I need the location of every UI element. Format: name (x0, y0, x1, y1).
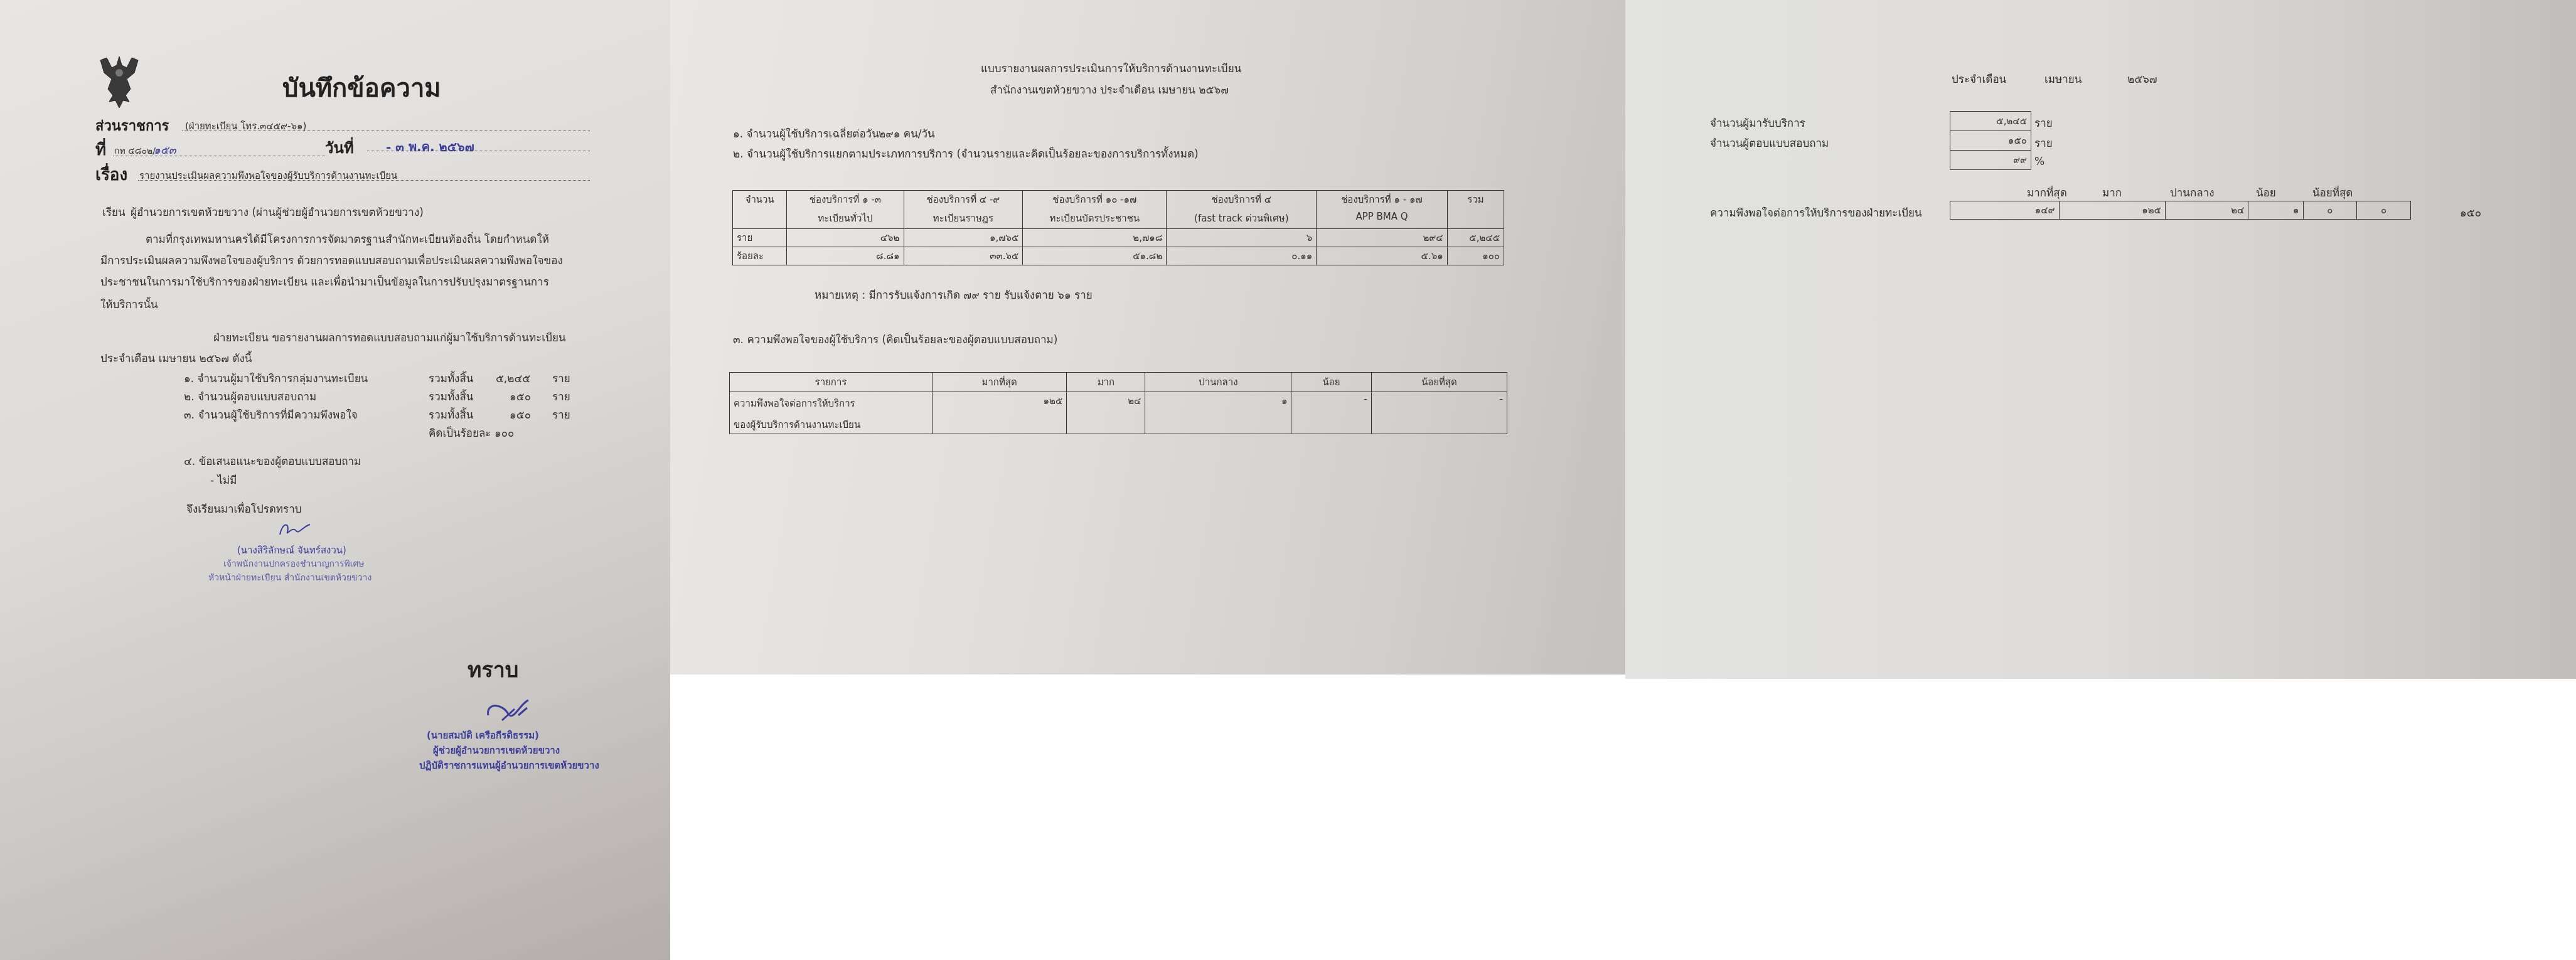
summary-sat-cell: ๑๔๙ (1950, 201, 2060, 220)
section1-label: ๑. จำนวนผู้ใช้บริการเฉลี่ยต่อวัน (733, 125, 879, 142)
date-value: - ๓ พ.ค. ๒๕๖๗ (386, 137, 474, 157)
summary-sat-header: น้อย (2256, 184, 2276, 201)
signer2-name: (นายสมบัติ เครือกีรติธรรม) (427, 728, 539, 743)
to-label: เรียน (102, 204, 126, 221)
table1-cell: ๔๖๒ (787, 229, 904, 247)
date-label: วันที่ (325, 136, 354, 160)
summary-row1-unit: ราย (2034, 115, 2053, 132)
signer1-position1: เจ้าพนักงานปกครองชำนาญการพิเศษ (223, 557, 365, 571)
agency-value: (ฝ่ายทะเบียน โทร.๓๔๕๙-๖๑) (185, 119, 306, 134)
header-line1: รวม (1451, 192, 1500, 207)
table1-header-cell: ช่องบริการที่ ๑ -๓ทะเบียนทั่วไป (787, 191, 904, 229)
summary-row2-value: ๑๕๐ (1950, 131, 2031, 151)
section1-value: ๒๙๑ คน/วัน (879, 125, 935, 142)
summary-row2-label: จำนวนผู้ตอบแบบสอบถาม (1710, 135, 1829, 152)
table1-cell: ๓๓.๖๕ (904, 247, 1023, 265)
agency-label: ส่วนราชการ (95, 115, 169, 137)
table2-header-cell: น้อย (1291, 373, 1371, 392)
summary-sat-header: น้อยที่สุด (2312, 184, 2353, 201)
item2-label: ๒. จำนวนผู้ตอบแบบสอบถาม (184, 388, 316, 405)
para1-line4: ให้บริการนั้น (100, 296, 158, 313)
item3-total-label: รวมทั้งสิ้น (429, 407, 473, 424)
para1-line3: ประชาชนในการมาใช้บริการของฝ่ายทะเบียน แล… (100, 274, 549, 291)
period-year: ๒๕๖๗ (2127, 71, 2157, 88)
table1-header-cell: ช่องบริการที่ ๔ -๙ทะเบียนราษฎร (904, 191, 1023, 229)
summary-row1-value: ๕,๒๔๕ (1950, 112, 2031, 131)
table1-cell: ๑๐๐ (1447, 247, 1504, 265)
table2-header-cell: รายการ (730, 373, 933, 392)
suggest-label: ๔. ข้อเสนอแนะของผู้ตอบแบบสอบถาม (184, 453, 361, 470)
closing-text: จึงเรียนมาเพื่อโปรดทราบ (186, 501, 302, 518)
table1-cell: ๕.๖๑ (1317, 247, 1447, 265)
summary-sat-header: มาก (2102, 184, 2122, 201)
para2-line1: ฝ่ายทะเบียน ขอรายงานผลการทอดแบบสอบถามแก่… (213, 329, 566, 346)
suggest-value: - ไม่มี (210, 472, 237, 489)
table2-header-cell: มากที่สุด (933, 373, 1067, 392)
period-month: เมษายน (2044, 71, 2082, 88)
summary-sat-header: ปานกลาง (2170, 184, 2215, 201)
item1-unit: ราย (552, 370, 570, 387)
item2-total-label: รวมทั้งสิ้น (429, 388, 473, 405)
service-type-table: จำนวนช่องบริการที่ ๑ -๓ทะเบียนทั่วไปช่อง… (732, 190, 1504, 265)
header-line2: ทะเบียนทั่วไป (791, 211, 899, 226)
table2-cell: ๑๒๕ (933, 392, 1067, 434)
memo-title: บันทึกข้อความ (282, 68, 441, 108)
report-title1: แบบรายงานผลการประเมินการให้บริการด้านงาน… (981, 60, 1241, 77)
item2-value: ๑๕๐ (510, 388, 531, 405)
signer1-position2: หัวหน้าฝ่ายทะเบียน สำนักงานเขตห้วยขวาง (208, 571, 371, 585)
section3-label: ๓. ความพึงพอใจของผู้ใช้บริการ (คิดเป็นร้… (733, 331, 1057, 348)
para2-line2: ประจำเดือน เมษายน ๒๕๖๗ ดังนี้ (100, 350, 252, 367)
header-line2: APP BMA Q (1320, 211, 1443, 222)
table1-cell: ๖ (1167, 229, 1317, 247)
table1-header-cell: จำนวน (733, 191, 787, 229)
subject-value: รายงานประเมินผลความพึงพอใจของผู้รับบริกา… (139, 168, 397, 183)
summary-sat-cell: ๐ (2303, 201, 2357, 220)
birth-death-note: หมายเหตุ : มีการรับแจ้งการเกิด ๗๙ ราย รั… (815, 287, 1093, 304)
report-page: แบบรายงานผลการประเมินการให้บริการด้านงาน… (670, 0, 1625, 675)
summary-satisfaction-table: ๑๔๙๑๒๕๒๔๑๐๐ (1950, 201, 2411, 220)
item3-unit: ราย (552, 407, 570, 424)
table1-header-cell: ช่องบริการที่ ๑ - ๑๗APP BMA Q (1317, 191, 1447, 229)
table2-header-cell: มาก (1067, 373, 1145, 392)
para1-line1: ตามที่กรุงเทพมหานครได้มีโครงการการจัดมาต… (146, 231, 549, 248)
table1-header-cell: รวม (1447, 191, 1504, 229)
item3-value: ๑๕๐ (510, 407, 531, 424)
signature-2-icon (483, 696, 533, 725)
header-line2: (fast track ด่วนพิเศษ) (1170, 211, 1312, 226)
table2-cell: ๒๔ (1067, 392, 1145, 434)
ref-label: ที่ (95, 137, 106, 163)
summary-row3-unit: % (2034, 156, 2044, 168)
item2-unit: ราย (552, 388, 570, 405)
para1-line2: มีการประเมินผลความพึงพอใจของผู้บริการ ด้… (100, 252, 563, 269)
table1-cell: ๒,๗๑๘ (1023, 229, 1167, 247)
table2-cell: - (1291, 392, 1371, 434)
item3-label: ๓. จำนวนผู้ใช้บริการที่มีความพึงพอใจ (184, 407, 358, 424)
header-line1: ช่องบริการที่ ๔ (1170, 192, 1312, 207)
signer2-position2: ปฏิบัติราชการแทนผู้อำนวยการเขตห้วยขวาง (419, 758, 599, 773)
row-label-line1: ความพึงพอใจต่อการให้บริการ (734, 396, 928, 411)
table1-cell: ๑,๗๖๕ (904, 229, 1023, 247)
signer1-name: (นางสิริลักษณ์ จันทร์สงวน) (237, 543, 346, 558)
item1-total-label: รวมทั้งสิ้น (429, 370, 473, 387)
table2-cell: ๑ (1145, 392, 1291, 434)
subject-label: เรื่อง (95, 162, 127, 188)
table1-cell: ๘.๘๑ (787, 247, 904, 265)
table1-cell: ๕๑.๘๒ (1023, 247, 1167, 265)
table2-header-cell: น้อยที่สุด (1371, 373, 1507, 392)
summary-row1-label: จำนวนผู้มารับบริการ (1710, 115, 1805, 132)
summary-sat-cell: ๐ (2357, 201, 2411, 220)
row-label: ร้อยละ (733, 247, 787, 265)
section2-label: ๒. จำนวนผู้ใช้บริการแยกตามประเภทการบริกา… (733, 146, 1199, 163)
header-line1: ช่องบริการที่ ๑ -๓ (791, 192, 899, 207)
garuda-emblem-icon (94, 51, 144, 111)
header-line2: ทะเบียนบัตรประชาชน (1027, 211, 1162, 226)
summary-page: ประจำเดือน เมษายน ๒๕๖๗ จำนวนผู้มารับบริก… (1625, 0, 2576, 679)
item1-label: ๑. จำนวนผู้มาใช้บริการกลุ่มงานทะเบียน (184, 370, 368, 387)
table2-cell: - (1371, 392, 1507, 434)
table2-header-cell: ปานกลาง (1145, 373, 1291, 392)
summary-row2-unit: ราย (2034, 135, 2053, 152)
memo-page: บันทึกข้อความ ส่วนราชการ (ฝ่ายทะเบียน โท… (0, 0, 670, 960)
header-line1: ช่องบริการที่ ๑ - ๑๗ (1320, 192, 1443, 207)
summary-row3-value: ๙๙ (1950, 151, 2031, 170)
acknowledge-text: ทราบ (468, 653, 518, 686)
table1-header-cell: ช่องบริการที่ ๑๐ -๑๗ทะเบียนบัตรประชาชน (1023, 191, 1167, 229)
period-label: ประจำเดือน (1952, 71, 2006, 88)
table2-row-label: ความพึงพอใจต่อการให้บริการของผู้รับบริกา… (730, 392, 933, 434)
summary-counts-table: ๕,๒๔๕ ๑๕๐ ๙๙ (1950, 111, 2031, 170)
table1-cell: ๕,๒๔๕ (1447, 229, 1504, 247)
summary-sat-cell: ๑๒๕ (2059, 201, 2165, 220)
summary-sat-cell: ๑ (2248, 201, 2303, 220)
satisfaction-label: ความพึงพอใจต่อการให้บริการของฝ่ายทะเบียน (1710, 205, 1922, 221)
header-line1: ช่องบริการที่ ๔ -๙ (908, 192, 1019, 207)
to-value: ผู้อำนวยการเขตห้วยขวาง (ผ่านผู้ช่วยผู้อำ… (131, 204, 424, 221)
item1-value: ๕,๒๔๕ (496, 370, 530, 387)
signer2-position1: ผู้ช่วยผู้อำนวยการเขตห้วยขวาง (433, 743, 560, 758)
header-line2: ทะเบียนราษฎร (908, 211, 1019, 226)
summary-sat-cell: ๒๔ (2165, 201, 2248, 220)
row-label-line2: ของผู้รับบริการด้านงานทะเบียน (734, 417, 928, 432)
table1-cell: ๒๙๔ (1317, 229, 1447, 247)
table1-header-cell: ช่องบริการที่ ๔(fast track ด่วนพิเศษ) (1167, 191, 1317, 229)
header-line1: จำนวน (737, 192, 783, 207)
satisfaction-total: ๑๕๐ (2460, 205, 2481, 221)
satisfaction-table: รายการมากที่สุดมากปานกลางน้อยน้อยที่สุด … (729, 372, 1507, 434)
report-title2: สำนักงานเขตห้วยขวาง ประจำเดือน เมษายน ๒๕… (990, 82, 1229, 99)
percent-note: คิดเป็นร้อยละ ๑๐๐ (429, 425, 514, 442)
header-line1: ช่องบริการที่ ๑๐ -๑๗ (1027, 192, 1162, 207)
row-label: ราย (733, 229, 787, 247)
table1-cell: ๐.๑๑ (1167, 247, 1317, 265)
signature-1-icon (276, 520, 314, 538)
summary-sat-header: มากที่สุด (2027, 184, 2067, 201)
